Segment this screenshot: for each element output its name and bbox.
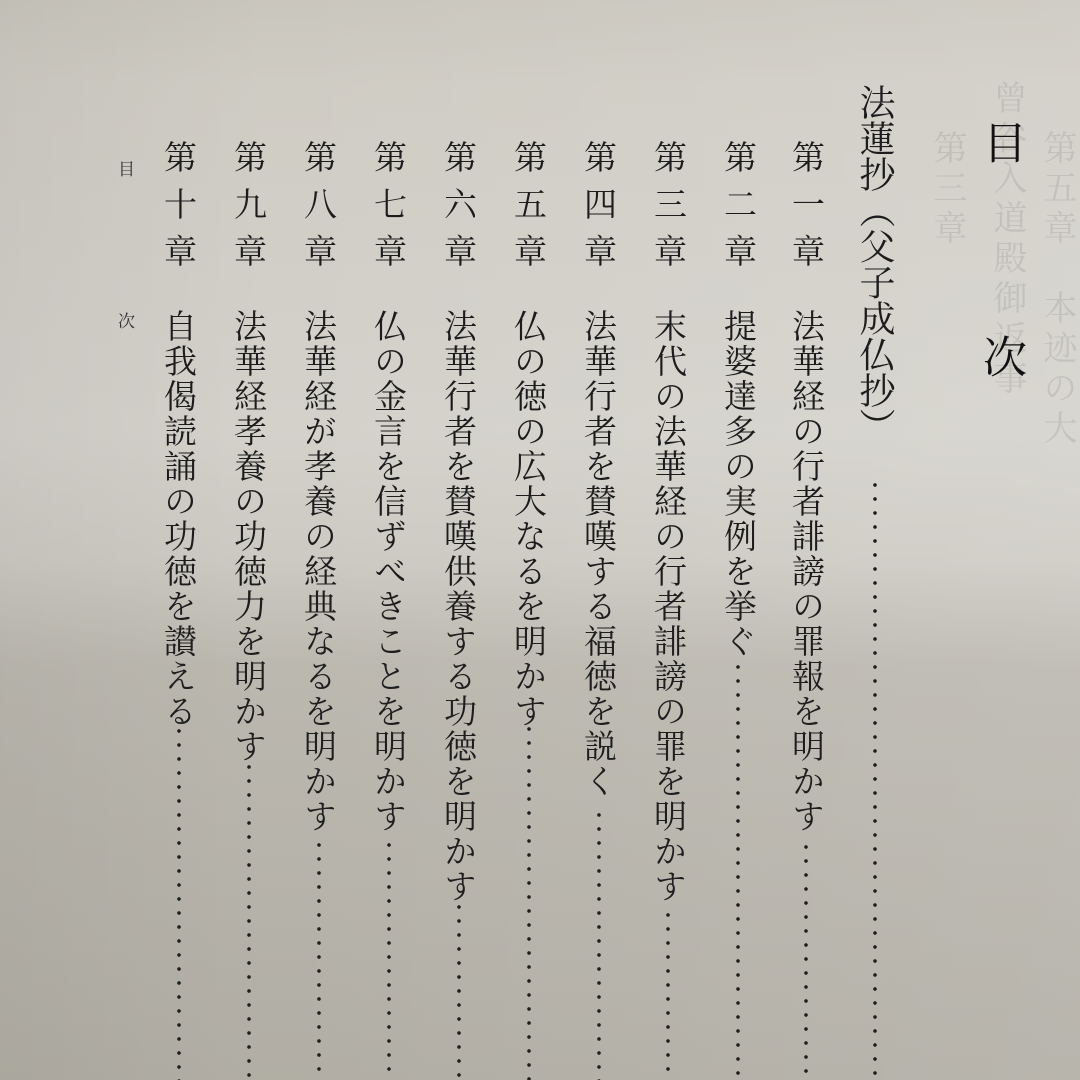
dot-leader: [873, 478, 877, 1080]
toc-entry-8[interactable]: 第八章法華経が孝養の経典なるを明かす: [302, 140, 335, 834]
toc-entry-3[interactable]: 第三章末代の法華経の行者誹謗の罪を明かす: [652, 140, 685, 904]
work-title: 法蓮抄: [854, 84, 895, 192]
running-head: 目次: [115, 160, 132, 464]
chapter-label: 第九章: [232, 140, 265, 281]
toc-entry-6[interactable]: 第六章法華行者を賛嘆供養する功徳を明かす: [442, 140, 475, 904]
dot-leader: [247, 760, 251, 1080]
toc-entry-5[interactable]: 第五章仏の徳の広大なるを明かす: [512, 140, 545, 729]
toc-entry-10[interactable]: 第十章自我偈読誦の功徳を讃える: [162, 140, 195, 729]
chapter-label: 第一章: [790, 140, 823, 281]
chapter-title: 法華行者を賛嘆供養する功徳を明かす: [442, 309, 475, 904]
chapter-label: 第八章: [302, 140, 335, 281]
toc-entry-7[interactable]: 第七章仏の金言を信ずべきことを明かす: [372, 140, 405, 834]
chapter-label: 第五章: [512, 140, 545, 281]
dot-leader: [597, 808, 601, 1080]
dot-leader: [317, 838, 321, 1080]
chapter-title: 法華行者を賛嘆する福徳を説く: [582, 309, 615, 799]
chapter-title: 仏の徳の広大なるを明かす: [512, 309, 545, 729]
dot-leader: [666, 908, 670, 1080]
chapter-label: 第十章: [162, 140, 195, 281]
bleed-through-text: 第三章: [930, 130, 964, 250]
dot-leader: [804, 840, 808, 1080]
chapter-title: 法華経の行者誹謗の罪報を明かす: [790, 309, 823, 834]
chapter-title: 末代の法華経の行者誹謗の罪を明かす: [652, 309, 685, 904]
toc-entry-4[interactable]: 第四章法華行者を賛嘆する福徳を説く: [582, 140, 615, 799]
dot-leader: [387, 838, 391, 1080]
chapter-title: 提婆達多の実例を挙ぐ: [722, 309, 755, 659]
dot-leader: [527, 722, 531, 1080]
toc-entry-1[interactable]: 第一章法華経の行者誹謗の罪報を明かす: [790, 140, 823, 834]
chapter-title: 法華経孝養の功徳力を明かす: [232, 309, 265, 764]
chapter-title: 法華経が孝養の経典なるを明かす: [302, 309, 335, 834]
book-page: 第五章 本迹の大 曾谷入道殿御返事 第三章 目次 法蓮抄（父子成仏抄） 第一章法…: [0, 0, 1080, 1080]
chapter-label: 第二章: [722, 140, 755, 281]
dot-leader: [736, 660, 740, 1080]
chapter-label: 第六章: [442, 140, 475, 281]
dot-leader: [177, 724, 181, 1080]
work-title-entry: 法蓮抄（父子成仏抄）: [856, 84, 892, 444]
bleed-through-text: 第五章 本迹の大: [1040, 130, 1074, 450]
chapter-title: 自我偈読誦の功徳を讃える: [162, 309, 195, 729]
chapter-label: 第七章: [372, 140, 405, 281]
chapter-title: 仏の金言を信ずべきことを明かす: [372, 309, 405, 834]
chapter-label: 第三章: [652, 140, 685, 281]
chapter-label: 第四章: [582, 140, 615, 281]
page-title: 目次: [978, 120, 1022, 548]
dot-leader: [457, 900, 461, 1080]
work-subtitle: （父子成仏抄）: [854, 192, 895, 444]
toc-entry-9[interactable]: 第九章法華経孝養の功徳力を明かす: [232, 140, 265, 764]
toc-entry-2[interactable]: 第二章提婆達多の実例を挙ぐ: [722, 140, 755, 659]
